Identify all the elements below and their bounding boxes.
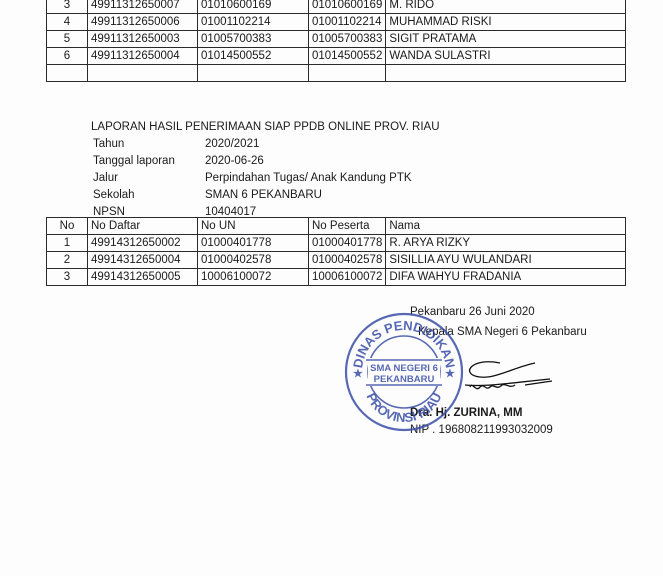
report-field-tahun: Tahun 2020/2021: [91, 136, 440, 153]
student-table-top: 3 49911312650007 01010600169 01010600169…: [46, 0, 626, 82]
report-header: LAPORAN HASIL PENERIMAAN SIAP PPDB ONLIN…: [91, 119, 440, 221]
signature-place-date: Pekanbaru 26 Juni 2020: [410, 304, 535, 321]
header-no-peserta: No Peserta: [309, 218, 386, 235]
student-table-bottom: No No Daftar No UN No Peserta Nama 1 499…: [46, 217, 626, 286]
signature-position: Kepala SMA Negeri 6 Pekanbaru: [418, 324, 587, 341]
table-row: 4 49911312650006 01001102214 01001102214…: [47, 14, 626, 31]
cell-no-un: 01010600169: [198, 0, 309, 14]
cell-no-daftar: 49914312650005: [88, 269, 198, 286]
field-value: SMAN 6 PEKANBARU: [205, 187, 322, 204]
cell-no-daftar: 49911312650007: [88, 0, 198, 14]
cell-no: 3: [47, 0, 88, 14]
cell-no-un: 10006100072: [198, 269, 309, 286]
cell-nama: WANDA SULASTRI: [386, 48, 626, 65]
cell-nama: SIGIT PRATAMA: [386, 31, 626, 48]
cell-no: 3: [47, 269, 88, 286]
header-nama: Nama: [386, 218, 626, 235]
star-icon: ★: [445, 368, 455, 380]
cell-nama: R. ARYA RIZKY: [386, 235, 626, 252]
report-title: LAPORAN HASIL PENERIMAAN SIAP PPDB ONLIN…: [91, 119, 440, 136]
header-no-daftar: No Daftar: [88, 218, 198, 235]
cell-no-un: 01000401778: [198, 235, 309, 252]
field-value: 2020/2021: [205, 136, 259, 153]
cell-no-peserta: 10006100072: [309, 269, 386, 286]
star-icon: ★: [353, 368, 363, 380]
cell-no-un: 01014500552: [198, 48, 309, 65]
cell-no-peserta: 01014500552: [309, 48, 386, 65]
field-label: Tanggal laporan: [91, 153, 205, 170]
cell-no-daftar: 49911312650004: [88, 48, 198, 65]
report-field-tanggal: Tanggal laporan 2020-06-26: [91, 153, 440, 170]
field-label: Jalur: [91, 170, 205, 187]
cell-no-daftar: 49911312650003: [88, 31, 198, 48]
table-row: 6 49911312650004 01014500552 01014500552…: [47, 48, 626, 65]
table-row: 1 49914312650002 01000401778 01000401778…: [47, 235, 626, 252]
cell-no-peserta: 01000401778: [309, 235, 386, 252]
cell-no: 4: [47, 14, 88, 31]
signature-name: Dra. Hj. ZURINA, MM: [410, 405, 522, 422]
header-no: No: [47, 218, 88, 235]
table-row: 5 49911312650003 01005700383 01005700383…: [47, 31, 626, 48]
cell-no-daftar: 49914312650002: [88, 235, 198, 252]
cell-no: 2: [47, 252, 88, 269]
field-label: Sekolah: [91, 187, 205, 204]
cell-nama: DIFA WAHYU FRADANIA: [386, 269, 626, 286]
field-value: 2020-06-26: [205, 153, 264, 170]
table-row: 2 49914312650004 01000402578 01000402578…: [47, 252, 626, 269]
stamp-inner-line1: SMA NEGERI 6: [370, 363, 438, 374]
field-label: Tahun: [91, 136, 205, 153]
table-row: 3 49911312650007 01010600169 01010600169…: [47, 0, 626, 14]
cell-no-un: 01000402578: [198, 252, 309, 269]
field-value: Perpindahan Tugas/ Anak Kandung PTK: [205, 170, 412, 187]
cell-no-un: 01001102214: [198, 14, 309, 31]
cell-no-peserta: 01010600169: [309, 0, 386, 14]
table-row-empty: [47, 65, 626, 82]
cell-no-daftar: 49911312650006: [88, 14, 198, 31]
cell-no: 6: [47, 48, 88, 65]
cell-nama: MUHAMMAD RISKI: [386, 14, 626, 31]
report-field-jalur: Jalur Perpindahan Tugas/ Anak Kandung PT…: [91, 170, 440, 187]
report-field-sekolah: Sekolah SMAN 6 PEKANBARU: [91, 187, 440, 204]
stamp-inner-line2: PEKANBARU: [374, 374, 435, 385]
cell-no-peserta: 01005700383: [309, 31, 386, 48]
header-no-un: No UN: [198, 218, 309, 235]
cell-no: 5: [47, 31, 88, 48]
cell-no-peserta: 01001102214: [309, 14, 386, 31]
table-row: 3 49914312650005 10006100072 10006100072…: [47, 269, 626, 286]
cell-no-daftar: 49914312650004: [88, 252, 198, 269]
cell-nama: SISILLIA AYU WULANDARI: [386, 252, 626, 269]
handwritten-signature: [440, 355, 560, 400]
cell-no-peserta: 01000402578: [309, 252, 386, 269]
signature-nip: NIP . 196808211993032009: [410, 422, 553, 439]
table-header-row: No No Daftar No UN No Peserta Nama: [47, 218, 626, 235]
cell-nama: M. RIDO: [386, 0, 626, 14]
cell-no: 1: [47, 235, 88, 252]
cell-no-un: 01005700383: [198, 31, 309, 48]
